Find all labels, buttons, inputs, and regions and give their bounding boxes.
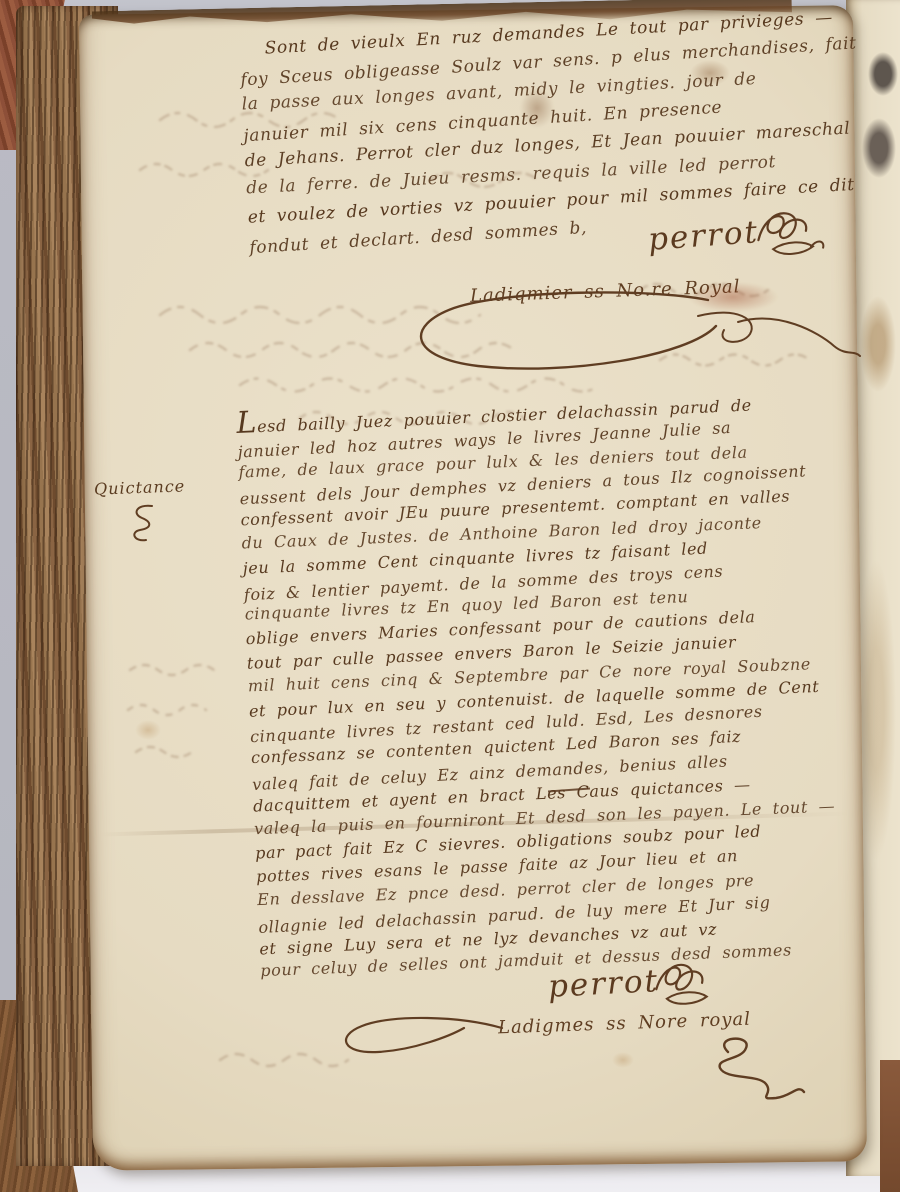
margin-paraph-icon [122,500,168,546]
entry-2-signature: perrot [547,963,660,1005]
manuscript-photo: Sont de vieulx En ruz demandes Le tout p… [0,0,900,1192]
signature-paraph-icon [750,202,827,259]
entry-1-signature: perrot [647,214,760,258]
entry-2-text: Lesd bailly Juez pouuier clostier delach… [236,387,885,985]
perrot-signature: perrot [647,214,760,258]
signature-paraph-icon [700,1034,820,1114]
perrot-signature: perrot [547,963,660,1005]
signature-paraph-icon [398,286,868,396]
signature-paraph-icon [649,954,722,1008]
book-cover-edge [880,1060,900,1192]
margin-note-quictance: Quictance [94,476,186,498]
signature-paraph-icon [330,1008,510,1068]
